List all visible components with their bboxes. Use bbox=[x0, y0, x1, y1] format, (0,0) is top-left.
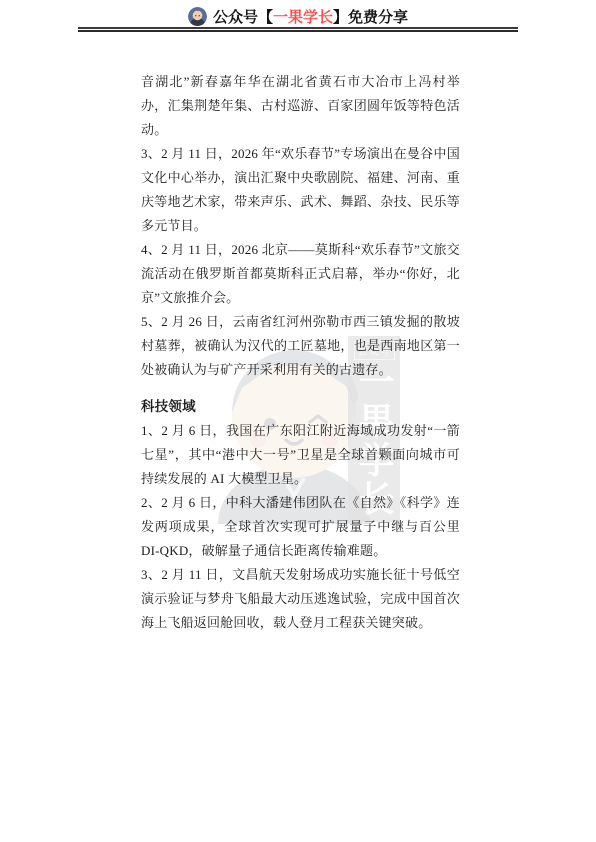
section-heading: 科技领域 bbox=[141, 395, 460, 419]
page-header: 公众号【一果学长】免费分享 bbox=[0, 5, 596, 27]
header-account-name: 一果学长 bbox=[273, 9, 333, 26]
header-prefix: 公众号【 bbox=[213, 9, 273, 26]
news-item: 音湖北”新春嘉年华在湖北省黄石市大冶市上冯村举办，汇集荆楚年集、古村巡游、百家团… bbox=[141, 70, 460, 142]
header-suffix: 】免费分享 bbox=[333, 9, 408, 26]
header-divider bbox=[78, 27, 518, 32]
boy-avatar-icon bbox=[188, 7, 207, 26]
document-page: 公众号【一果学长】免费分享 公众号 一果学长 音湖北”新春嘉年华在湖北省黄石市大… bbox=[0, 0, 596, 842]
news-item: 4、2 月 11 日，2026 北京——莫斯科“欢乐春节”文旅交流活动在俄罗斯首… bbox=[141, 238, 460, 310]
news-item: 2、2 月 6 日，中科大潘建伟团队在《自然》《科学》连发两项成果，全球首次实现… bbox=[141, 491, 460, 563]
news-item: 1、2 月 6 日，我国在广东阳江附近海域成功发射“一箭七星”，其中“港中大一号… bbox=[141, 419, 460, 491]
header-text: 公众号【一果学长】免费分享 bbox=[213, 6, 408, 27]
news-item: 5、2 月 26 日，云南省红河州弥勒市西三镇发掘的散坡村墓葬，被确认为汉代的工… bbox=[141, 310, 460, 382]
news-item: 3、2 月 11 日，2026 年“欢乐春节”专场演出在曼谷中国文化中心举办，演… bbox=[141, 142, 460, 238]
news-item: 3、2 月 11 日，文昌航天发射场成功实施长征十号低空演示验证与梦舟飞船最大动… bbox=[141, 563, 460, 635]
document-body: 音湖北”新春嘉年华在湖北省黄石市大冶市上冯村举办，汇集荆楚年集、古村巡游、百家团… bbox=[141, 70, 460, 635]
